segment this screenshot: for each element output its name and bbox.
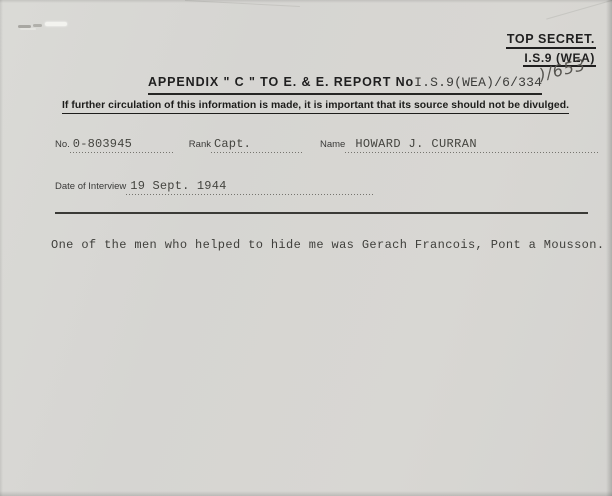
smudge-white-streak <box>45 22 67 26</box>
field-name-value: HOWARD J. CURRAN <box>345 137 598 153</box>
statement-body-text: One of the men who helped to hide me was… <box>51 238 604 252</box>
field-rank-label: Rank <box>189 139 211 150</box>
field-date-label: Date of Interview <box>55 181 126 192</box>
smudge-dash <box>33 24 42 27</box>
form-row-date: Date of Interview 19 Sept. 1944 <box>55 179 375 195</box>
paper-crease <box>546 0 612 20</box>
field-name-label: Name <box>320 139 345 150</box>
appendix-title-line: APPENDIX " C " TO E. & E. REPORT NoI.S.9… <box>148 71 590 95</box>
paper-edge-shadow-bottom <box>0 491 612 496</box>
paper-edge-shadow-top <box>0 0 612 3</box>
separator-rule <box>55 212 588 214</box>
paper-smudge <box>16 21 72 32</box>
circulation-warning: If further circulation of this informati… <box>62 100 569 114</box>
appendix-title-printed: APPENDIX " C " TO E. & E. REPORT No <box>148 75 414 89</box>
field-rank-value: Capt. <box>211 137 304 153</box>
field-no-label: No. <box>55 139 70 150</box>
report-number-typed: I.S.9(WEA)/6/334 <box>414 75 542 90</box>
scanned-document-page: TOP SECRET. I.S.9 (WEA) APPENDIX " C " T… <box>0 0 612 496</box>
field-date-value: 19 Sept. 1944 <box>126 179 375 195</box>
field-no-value: 0-803945 <box>70 137 175 153</box>
form-row-identity: No. 0-803945 Rank Capt. Name HOWARD J. C… <box>55 137 598 153</box>
paper-edge-shadow-right <box>606 0 612 496</box>
classification-top-secret: TOP SECRET. <box>506 33 596 49</box>
appendix-title-underline: APPENDIX " C " TO E. & E. REPORT NoI.S.9… <box>148 73 542 95</box>
paper-edge-shadow-left <box>0 0 3 496</box>
paper-crease <box>185 0 300 7</box>
smudge-white-streak <box>20 28 36 30</box>
